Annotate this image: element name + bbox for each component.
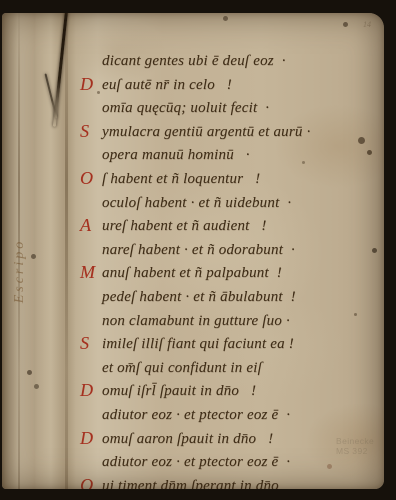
line-text: pedeſ habent · et ñ ābulabunt ! <box>102 289 296 305</box>
line-text: ui timent dn̄m ſperant in dn̄o <box>102 478 279 489</box>
manuscript-line: dicant gentes ubi ē deuſ eoz · <box>80 52 311 76</box>
line-text: dicant gentes ubi ē deuſ eoz · <box>102 53 286 69</box>
manuscript-line: S ymulacra gentiū argentū et aurū · <box>80 123 311 147</box>
line-text: omīa quęcūq; uoluit fecit · <box>102 100 269 116</box>
manuscript-line: adiutor eoz · et ptector eoz ē · <box>80 453 311 477</box>
line-text: imileſ illiſ fiant qui faciunt ea ! <box>102 336 294 352</box>
text-block: dicant gentes ubi ē deuſ eoz · D euſ aut… <box>80 52 311 489</box>
line-text: euſ autē nr̄ in celo ! <box>102 77 232 93</box>
manuscript-line: A ureſ habent et ñ audient ! <box>80 217 311 241</box>
versal-initial: S <box>80 333 89 354</box>
parchment-page: Escripo 14 dicant gentes ubi ē deuſ eoz … <box>2 13 384 489</box>
line-text: opera manuū hominū · <box>102 147 250 163</box>
versal-initial: Q <box>80 475 93 489</box>
manuscript-line: M anuſ habent et ñ palpabunt ! <box>80 264 311 288</box>
versal-initial: M <box>80 262 95 283</box>
spine-inscription: Escripo <box>12 201 28 341</box>
manuscript-line: D omuſ iſrl̄ ſpauit in dn̄o ! <box>80 382 311 406</box>
versal-initial: O <box>80 168 93 189</box>
versal-initial: A <box>80 215 91 236</box>
line-text: omuſ iſrl̄ ſpauit in dn̄o ! <box>102 383 256 399</box>
shelfmark-stamp-line1: Beinecke <box>336 436 374 446</box>
manuscript-line: oculoſ habent · et ñ uidebunt · <box>80 194 311 218</box>
manuscript-photo: Escripo 14 dicant gentes ubi ē deuſ eoz … <box>0 0 396 500</box>
manuscript-line: et om̄ſ qui confidunt in eiſ <box>80 359 311 383</box>
manuscript-line: D omuſ aaron ſpauit in dn̄o ! <box>80 430 311 454</box>
shelfmark-stamp: Beinecke MS 392 <box>336 436 374 456</box>
manuscript-line: S imileſ illiſ fiant qui faciunt ea ! <box>80 335 311 359</box>
line-text: adiutor eoz · et ptector eoz ē · <box>102 407 290 423</box>
line-text: adiutor eoz · et ptector eoz ē · <box>102 454 290 470</box>
manuscript-line: O ſ habent et ñ loquentur ! <box>80 170 311 194</box>
manuscript-line: opera manuū hominū · <box>80 146 311 170</box>
fold-crease <box>65 13 68 489</box>
line-text: non clamabunt in gutture ſuo · <box>102 313 290 329</box>
line-text: omuſ aaron ſpauit in dn̄o ! <box>102 431 273 447</box>
manuscript-line: non clamabunt in gutture ſuo · <box>80 312 311 336</box>
folio-mark: 14 <box>363 20 371 29</box>
versal-initial: S <box>80 121 89 142</box>
manuscript-line: omīa quęcūq; uoluit fecit · <box>80 99 311 123</box>
line-text: et om̄ſ qui confidunt in eiſ <box>102 360 262 376</box>
versal-initial: D <box>80 380 93 401</box>
line-text: anuſ habent et ñ palpabunt ! <box>102 265 282 281</box>
line-text: ureſ habent et ñ audient ! <box>102 218 267 234</box>
line-text: ymulacra gentiū argentū et aurū · <box>102 124 311 140</box>
shelfmark-stamp-line2: MS 392 <box>336 446 374 456</box>
manuscript-line: adiutor eoz · et ptector eoz ē · <box>80 406 311 430</box>
line-text: oculoſ habent · et ñ uidebunt · <box>102 195 291 211</box>
versal-initial: D <box>80 428 93 449</box>
line-text: ſ habent et ñ loquentur ! <box>102 171 260 187</box>
manuscript-line: D euſ autē nr̄ in celo ! <box>80 76 311 100</box>
versal-initial: D <box>80 74 93 95</box>
line-text: nareſ habent · et ñ odorabunt · <box>102 242 295 258</box>
manuscript-line: pedeſ habent · et ñ ābulabunt ! <box>80 288 311 312</box>
manuscript-line: Q ui timent dn̄m ſperant in dn̄o <box>80 477 311 489</box>
manuscript-line: nareſ habent · et ñ odorabunt · <box>80 241 311 265</box>
ink-specks <box>2 13 5 16</box>
